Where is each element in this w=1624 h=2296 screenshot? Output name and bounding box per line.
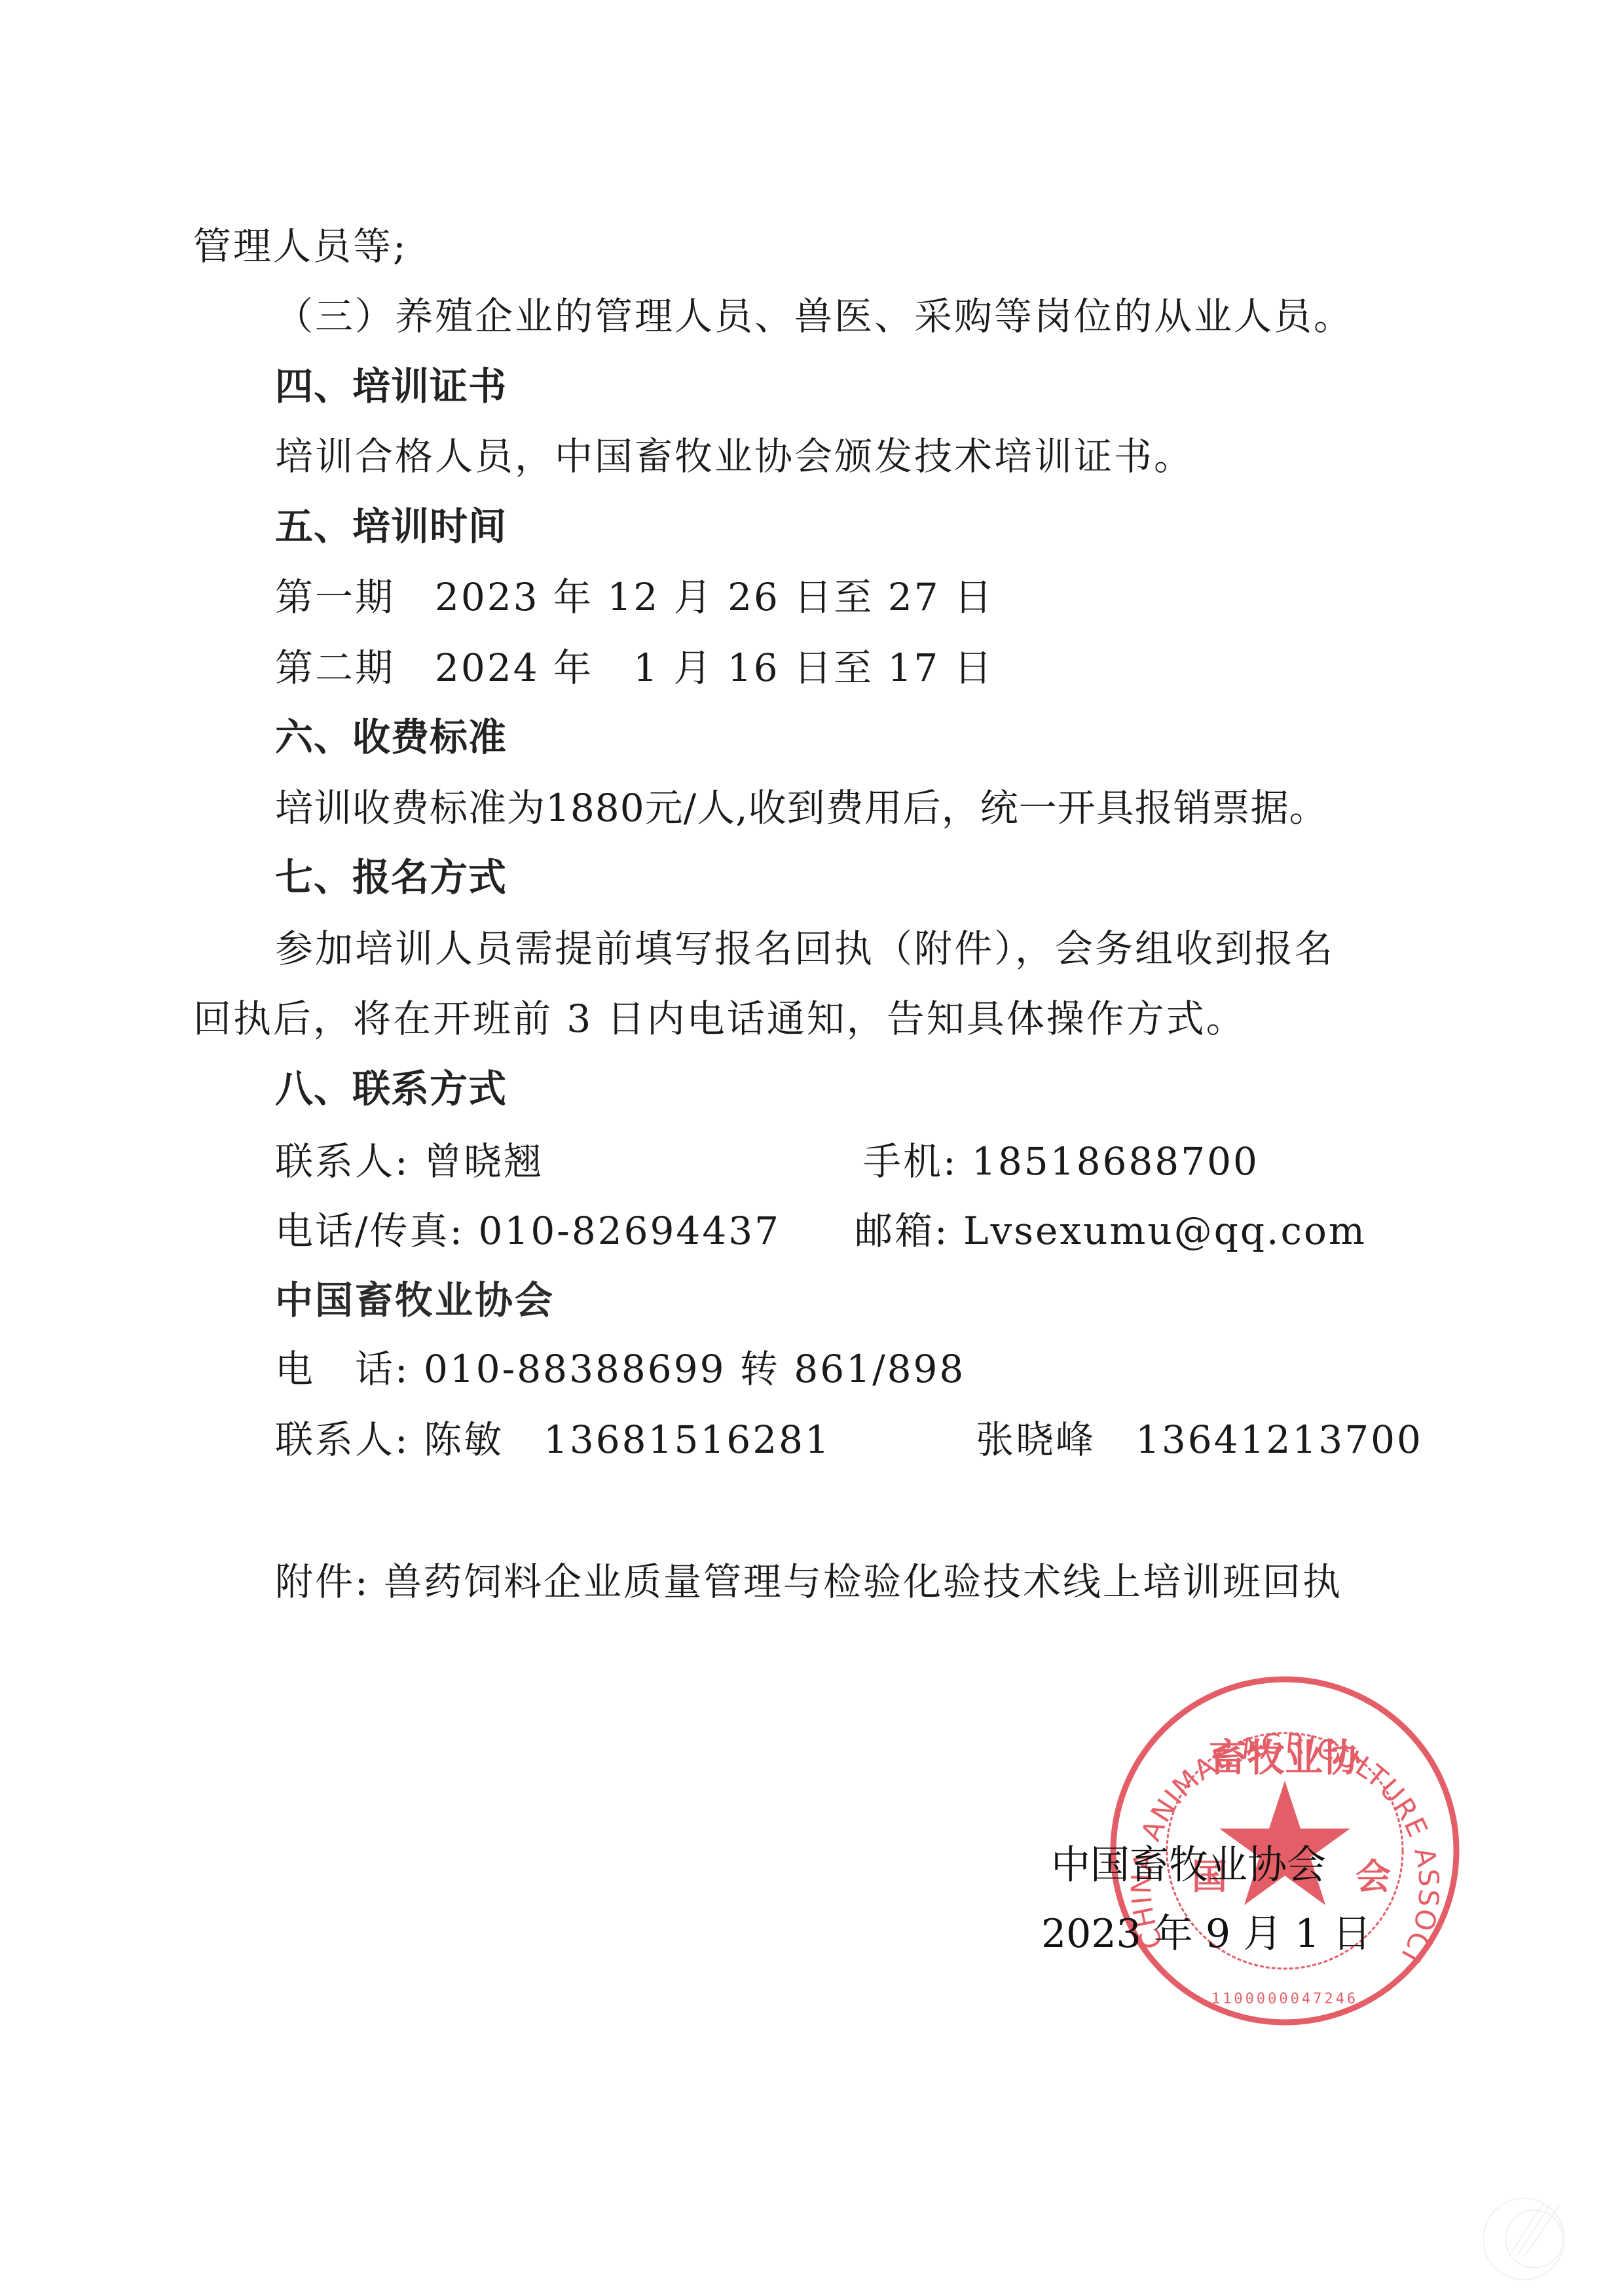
fee-text: 培训收费标准为1880元/人,收到费用后，统一开具报销票据。 xyxy=(275,784,1328,831)
section-8-heading: 八、联系方式 xyxy=(275,1065,507,1112)
signature-date: 2023 年 9 月 1 日 xyxy=(1041,1910,1371,1958)
contact-mobile: 手机: 18518688700 xyxy=(863,1138,1259,1185)
svg-text:会: 会 xyxy=(1356,1856,1391,1897)
attachment-note[interactable]: 附件: 兽药饲料企业质量管理与检验化验技术线上培训班回执 xyxy=(275,1558,1342,1605)
org-phone: 电 话: 010-88388699 转 861/898 xyxy=(275,1345,965,1393)
contact-person: 联系人: 曾晓翘 xyxy=(275,1138,544,1185)
svg-text:1100000047246: 1100000047246 xyxy=(1211,1991,1358,2007)
training-period-2: 第二期 2024 年 1 月 16 日至 17 日 xyxy=(275,644,994,691)
registration-text-line-1: 参加培训人员需提前填写报名回执（附件），会务组收到报名 xyxy=(275,925,1335,972)
contact-email[interactable]: 邮箱: Lvsexumu@qq.com xyxy=(855,1207,1367,1254)
training-period-1: 第一期 2023 年 12 月 26 日至 27 日 xyxy=(275,574,994,621)
svg-text:畜牧业协: 畜牧业协 xyxy=(1209,1736,1362,1780)
section-6-heading: 六、收费标准 xyxy=(275,714,507,761)
signature-org: 中国畜牧业协会 xyxy=(1051,1842,1326,1889)
registration-text-line-2: 回执后，将在开班前 3 日内电话通知，告知具体操作方式。 xyxy=(193,995,1246,1042)
item-three: （三）养殖企业的管理人员、兽医、采购等岗位的从业人员。 xyxy=(275,293,1354,340)
org-contact-2: 张晓峰 13641213700 xyxy=(976,1416,1423,1463)
section-7-heading: 七、报名方式 xyxy=(275,854,507,901)
section-4-text: 培训合格人员，中国畜牧业协会颁发技术培训证书。 xyxy=(275,433,1194,480)
org-contact-1: 联系人: 陈敏 13681516281 xyxy=(275,1416,831,1463)
section-4-heading: 四、培训证书 xyxy=(275,363,507,410)
org-name: 中国畜牧业协会 xyxy=(275,1277,555,1324)
watermark-logo-icon xyxy=(1483,2196,1568,2282)
section-5-heading: 五、培训时间 xyxy=(275,503,507,550)
continuation-line: 管理人员等; xyxy=(193,223,408,270)
contact-phone-fax: 电话/传真: 010-82694437 xyxy=(275,1207,781,1254)
